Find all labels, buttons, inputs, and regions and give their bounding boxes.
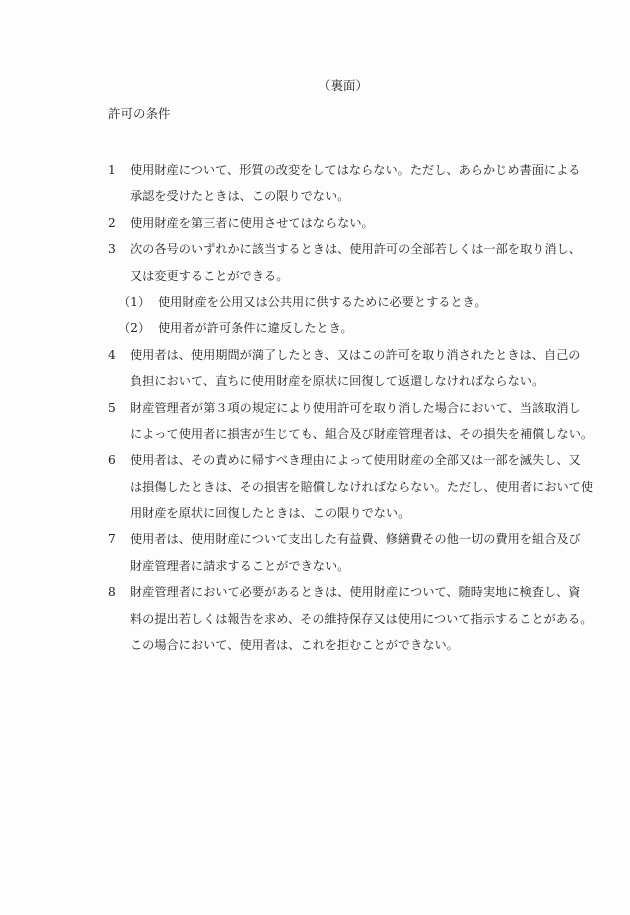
sub-item-number: （2） xyxy=(118,319,158,345)
clause-text: 財産管理者が第３項の規定により使用許可を取り消した場合において、当該取消し xyxy=(130,399,581,425)
sub-item-text: 使用者が許可条件に違反したとき。 xyxy=(158,319,353,345)
document-page: （裏面） 許可の条件 1使用財産について、形質の改変をしてはならない。ただし、あ… xyxy=(0,0,630,915)
clause-text: 財産管理者において必要があるときは、使用財産について、随時実地に検査し、資 xyxy=(130,583,580,609)
clause-text: 使用者は、その責めに帰すべき理由によって使用財産の全部又は一部を滅失し、又 xyxy=(130,451,581,477)
clause-4: 4使用者は、使用期間が満了したとき、又はこの許可を取り消されたときは、自己の 負… xyxy=(108,346,578,399)
clause-number: 6 xyxy=(108,451,130,477)
reverse-side-label: （裏面） xyxy=(318,76,368,94)
sub-item-1: （1）使用財産を公用又は公共用に供するために必要とするとき。 xyxy=(108,293,578,319)
clause-number: 4 xyxy=(108,346,130,372)
clause-1: 1使用財産について、形質の改変をしてはならない。ただし、あらかじめ書面による 承… xyxy=(108,161,578,214)
clause-3: 3次の各号のいずれかに該当するときは、使用許可の全部若しくは一部を取り消し、 又… xyxy=(108,240,578,346)
sub-item-text: 使用財産を公用又は公共用に供するために必要とするとき。 xyxy=(158,293,487,319)
clause-number: 8 xyxy=(108,583,130,609)
clause-5: 5財産管理者が第３項の規定により使用許可を取り消した場合において、当該取消し に… xyxy=(108,399,578,452)
clause-text: 又は変更することができる。 xyxy=(130,267,288,293)
clause-text: 使用財産について、形質の改変をしてはならない。ただし、あらかじめ書面による xyxy=(130,161,580,187)
clause-text: 負担において、直ちに使用財産を原状に回復して返還しなければならない。 xyxy=(130,372,544,398)
clause-6: 6使用者は、その責めに帰すべき理由によって使用財産の全部又は一部を滅失し、又 は… xyxy=(108,451,578,530)
document-title: 許可の条件 xyxy=(108,104,171,122)
clause-text: 次の各号のいずれかに該当するときは、使用許可の全部若しくは一部を取り消し、 xyxy=(130,240,581,266)
clause-number: 1 xyxy=(108,161,130,187)
clause-number: 2 xyxy=(108,214,130,240)
clause-text: は損傷したときは、その損害を賠償しなければならない。ただし、使用者において使 xyxy=(130,478,593,504)
clause-text: 用財産を原状に回復したときは、この限りでない。 xyxy=(130,504,410,530)
clause-number: 5 xyxy=(108,399,130,425)
clause-text: 財産管理者に請求することができない。 xyxy=(130,557,349,583)
clause-number: 7 xyxy=(108,530,130,556)
sub-item-number: （1） xyxy=(118,293,158,319)
clause-text: によって使用者に損害が生じても、組合及び財産管理者は、その損失を補償しない。 xyxy=(130,425,593,451)
conditions-list: 1使用財産について、形質の改変をしてはならない。ただし、あらかじめ書面による 承… xyxy=(108,161,578,662)
clause-7: 7使用者は、使用財産について支出した有益費、修繕費その他一切の費用を組合及び 財… xyxy=(108,530,578,583)
clause-number: 3 xyxy=(108,240,130,266)
clause-text: この場合において、使用者は、これを拒むことができない。 xyxy=(130,636,459,662)
clause-2: 2使用財産を第三者に使用させてはならない。 xyxy=(108,214,578,240)
clause-text: 使用財産を第三者に使用させてはならない。 xyxy=(130,214,374,240)
clause-text: 料の提出若しくは報告を求め、その維持保存又は使用について指示することがある。 xyxy=(130,610,592,636)
clause-text: 使用者は、使用期間が満了したとき、又はこの許可を取り消されたときは、自己の xyxy=(130,346,580,372)
clause-text: 承認を受けたときは、この限りでない。 xyxy=(130,187,349,213)
clause-8: 8財産管理者において必要があるときは、使用財産について、随時実地に検査し、資 料… xyxy=(108,583,578,662)
clause-text: 使用者は、使用財産について支出した有益費、修繕費その他一切の費用を組合及び xyxy=(130,530,581,556)
sub-item-2: （2）使用者が許可条件に違反したとき。 xyxy=(108,319,578,345)
